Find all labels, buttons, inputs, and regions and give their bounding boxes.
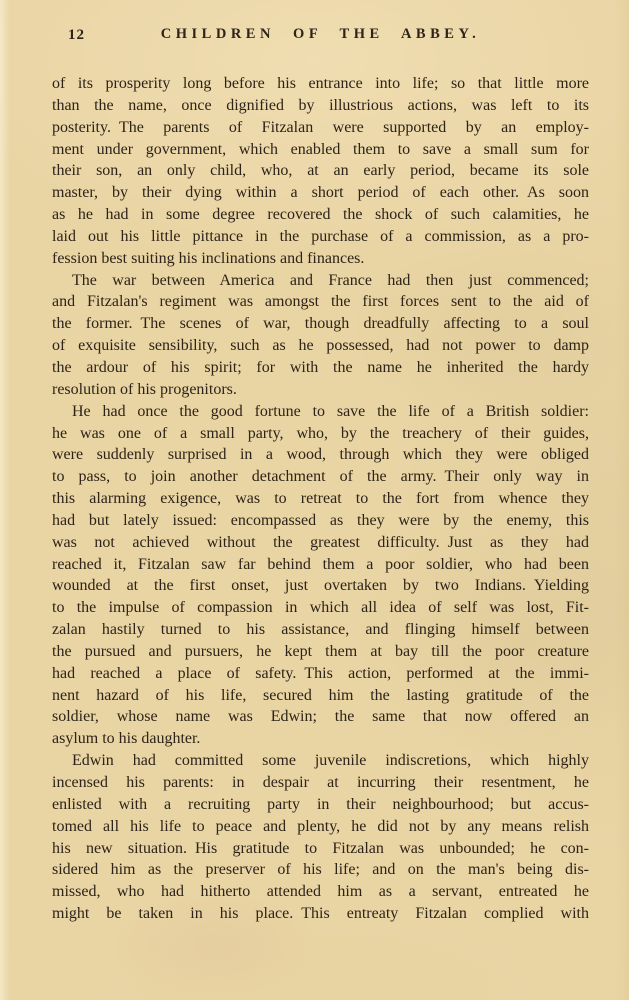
text-line: the ardour of his spirit; for with the n… — [52, 357, 589, 379]
text-line: master, by their dying within a short pe… — [52, 182, 589, 204]
text-line: the pursued and pursuers, he kept them a… — [52, 641, 589, 663]
text-line: The war between America and France had t… — [52, 270, 589, 292]
paragraph: of its prosperity long before his entran… — [52, 73, 589, 270]
text-line: He had once the good fortune to save the… — [52, 401, 589, 423]
text-line: this alarming exigence, was to retreat t… — [52, 488, 589, 510]
text-line: soldier, whose name was Edwin; the same … — [52, 706, 589, 728]
paragraph: The war between America and France had t… — [52, 270, 589, 401]
page-number: 12 — [68, 27, 85, 44]
text-line: nent hazard of his life, secured him the… — [52, 685, 589, 707]
text-line: posterity. The parents of Fitzalan were … — [52, 117, 589, 139]
text-line: had but lately issued: encompassed as th… — [52, 510, 589, 532]
text-line: the former. The scenes of war, though dr… — [52, 313, 589, 335]
text-line: as he had in some degree recovered the s… — [52, 204, 589, 226]
text-line: their son, an only child, who, at an ear… — [52, 160, 589, 182]
text-line: he was one of a small party, who, by the… — [52, 423, 589, 445]
book-page-scan: 12 CHILDREN OF THE ABBEY. of its prosper… — [0, 0, 629, 1000]
text-line: laid out his little pittance in the purc… — [52, 226, 589, 248]
text-line: than the name, once dignified by illustr… — [52, 95, 589, 117]
running-title: CHILDREN OF THE ABBEY. — [52, 26, 589, 43]
text-line: ment under government, which enabled the… — [52, 139, 589, 161]
text-line: incensed his parents: in despair at incu… — [52, 772, 589, 794]
text-line: might be taken in his place. This entrea… — [52, 903, 589, 925]
text-line: and Fitzalan's regiment was amongst the … — [52, 291, 589, 313]
page-body: of its prosperity long before his entran… — [52, 73, 589, 925]
page-content: 12 CHILDREN OF THE ABBEY. of its prosper… — [52, 26, 589, 925]
text-line: were suddenly surprised in a wood, throu… — [52, 444, 589, 466]
text-line: fession best suiting his inclinations an… — [52, 248, 589, 270]
page-header: 12 CHILDREN OF THE ABBEY. — [52, 26, 589, 46]
paragraph: Edwin had committed some juvenile indisc… — [52, 750, 589, 925]
text-line: of exquisite sensibility, such as he pos… — [52, 335, 589, 357]
paragraph: He had once the good fortune to save the… — [52, 401, 589, 751]
text-line: reached it, Fitzalan saw far behind them… — [52, 554, 589, 576]
text-line: of its prosperity long before his entran… — [52, 73, 589, 95]
text-line: missed, who had hitherto attended him as… — [52, 881, 589, 903]
text-line: resolution of his progenitors. — [52, 379, 589, 401]
text-line: enlisted with a recruiting party in thei… — [52, 794, 589, 816]
text-line: to the impulse of compassion in which al… — [52, 597, 589, 619]
text-line: Edwin had committed some juvenile indisc… — [52, 750, 589, 772]
text-line: tomed all his life to peace and plenty, … — [52, 816, 589, 838]
text-line: sidered him as the preserver of his life… — [52, 859, 589, 881]
text-line: asylum to his daughter. — [52, 728, 589, 750]
text-line: to pass, to join another detachment of t… — [52, 466, 589, 488]
text-line: had reached a place of safety. This acti… — [52, 663, 589, 685]
text-line: zalan hastily turned to his assistance, … — [52, 619, 589, 641]
text-line: his new situation. His gratitude to Fitz… — [52, 838, 589, 860]
text-line: was not achieved without the greatest di… — [52, 532, 589, 554]
text-line: wounded at the first onset, just overtak… — [52, 575, 589, 597]
